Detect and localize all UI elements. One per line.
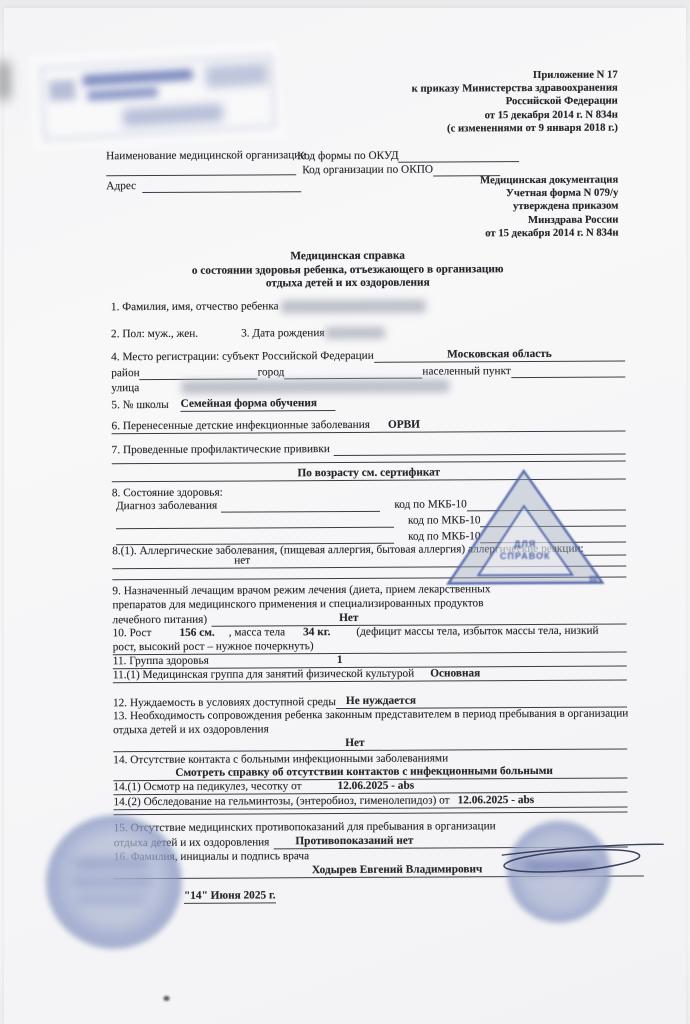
field-6-row: 6. Перенесенные детские инфекционные заб… xyxy=(111,417,625,435)
org-name-blank-row xyxy=(106,160,296,176)
field-1-label: 1. Фамилия, имя, отчество ребенка xyxy=(111,299,279,314)
scanned-medical-certificate: Приложение N 17 к приказу Министерства з… xyxy=(0,0,690,1024)
diagnosis-line xyxy=(116,513,394,529)
stamp-text-smudge xyxy=(76,895,146,903)
triangle-mark xyxy=(589,576,597,582)
appendix-line: (с изменениями от 9 января 2018 г.) xyxy=(412,121,618,135)
field-4-sub-row: район город населенный пункт xyxy=(111,363,625,381)
appendix-line: Приложение N 17 xyxy=(412,69,618,83)
settlement-label: населенный пункт xyxy=(422,364,511,378)
street-label: улица xyxy=(111,381,139,395)
field-6-line-gap xyxy=(370,418,388,433)
scan-edge-smudge xyxy=(0,62,10,100)
appendix-block: Приложение N 17 к приказу Министерства з… xyxy=(412,69,618,136)
mass-value: 34 кг. xyxy=(303,625,330,639)
field-4-line: Московская область xyxy=(374,347,625,363)
signature-loop xyxy=(503,846,640,876)
field-11-1-line xyxy=(480,666,627,682)
field-13-text: 13. Необходимость сопровождения ребенка … xyxy=(113,707,628,724)
street-row: улица xyxy=(111,381,139,395)
address-blank-line xyxy=(142,177,301,193)
doc-info-block: Медицинская документация Учетная форма N… xyxy=(480,174,618,241)
stamp-text-smudge xyxy=(74,859,149,868)
field-11-1-line-gap xyxy=(414,667,430,682)
height-value: 156 см. xyxy=(179,626,214,640)
appendix-line: к приказу Министерства здравоохранения xyxy=(412,82,618,96)
blank-rule-row xyxy=(113,798,627,816)
field-14-1-line xyxy=(414,778,627,794)
org-name-blank-line xyxy=(106,160,296,176)
field-4-row: 4. Место регистрации: субъект Российской… xyxy=(111,347,625,365)
doc-info-line: утверждена приказом xyxy=(480,200,618,214)
field-13-line xyxy=(365,735,628,751)
appendix-line: от 15 декабря 2014 г. N 834н xyxy=(412,108,618,122)
field-14-1-gap xyxy=(302,779,338,794)
doc-info-line: от 15 декабря 2014 г. N 834н xyxy=(480,226,618,240)
round-stamp-left xyxy=(46,815,183,950)
field-5-value: Семейная форма обучения xyxy=(181,396,335,412)
scan-speck xyxy=(164,996,170,1001)
field-5-label: 5. № школы xyxy=(111,398,168,412)
city-blank-line xyxy=(284,364,422,380)
field-11-1-row: 11.(1) Медицинская группа для занятий фи… xyxy=(113,666,627,684)
date-value: "14" Июня 2025 г. xyxy=(184,888,276,903)
field-13-value-row: Нет xyxy=(113,735,627,753)
field-7-value: По возрасту см. сертификат xyxy=(297,467,440,480)
blank-rule xyxy=(112,447,626,465)
doc-info-line: Минздрава России xyxy=(480,213,618,227)
address-row: Адрес xyxy=(106,177,301,193)
field-13-text: отдыха детей и их оздоровления xyxy=(113,722,269,737)
stamp-emblem xyxy=(49,80,76,101)
triangle-stamp: ДЛЯ СПРАВОК xyxy=(441,466,612,595)
redacted-child-name xyxy=(281,300,426,314)
diagnosis-label: Диагноз заболевания xyxy=(116,499,217,514)
field-9-value: Нет xyxy=(339,611,358,626)
field-12-line-gap xyxy=(336,694,346,709)
field-15-value: Противопоказаний нет xyxy=(295,834,413,850)
triangle-stamp-text: ДЛЯ xyxy=(514,539,536,549)
paper-sheet: Приложение N 17 к приказу Министерства з… xyxy=(4,8,686,1024)
field-2-label: 2. Пол: муж., жен. xyxy=(111,327,198,341)
field-15-gap xyxy=(273,834,295,849)
date-row: "14" Июня 2025 г. xyxy=(184,888,276,903)
field-6-line xyxy=(420,417,626,433)
redacted-street xyxy=(181,379,449,393)
okud-blank-line xyxy=(399,147,520,163)
city-label: город xyxy=(258,365,285,379)
field-3-label: 3. Дата рождения xyxy=(241,326,325,340)
field-13-line xyxy=(113,736,345,752)
form-title-line: отдыха детей и их оздоровления xyxy=(3,275,690,292)
field-1-row: 1. Фамилия, имя, отчество ребенка xyxy=(111,299,279,314)
field-4-region-value: Московская область xyxy=(447,348,552,361)
field-14-1-label: 14.(1) Осмотр на педикулез, чесотку от xyxy=(113,779,301,795)
field-10-label: 10. Рост xyxy=(113,626,152,640)
field-6-label: 6. Перенесенные детские инфекционные заб… xyxy=(111,418,369,434)
field-14-line xyxy=(113,766,175,781)
doctor-signature xyxy=(492,834,672,883)
field-13-value: Нет xyxy=(345,736,364,751)
rect-stamp-blurred xyxy=(29,42,284,151)
field-5-row: 5. № школы Семейная форма обучения xyxy=(111,396,335,412)
field-4-label: 4. Место регистрации: субъект Российской… xyxy=(111,349,374,364)
settlement-blank-line xyxy=(511,363,625,379)
field-14-1-value: 12.06.2025 - abs xyxy=(338,779,415,794)
appendix-line: Российской Федерации xyxy=(412,95,618,109)
okpo-label: Код организации по ОКПО xyxy=(302,163,433,178)
district-label: район xyxy=(111,366,139,380)
mass-label: , масса тела xyxy=(229,625,285,639)
stamp-text-smudge xyxy=(70,877,152,886)
blank-rule-row xyxy=(112,447,626,465)
form-title: Медицинская справка о состоянии здоровья… xyxy=(3,248,690,292)
redacted-birth-date xyxy=(325,327,385,339)
stamp-text-bar xyxy=(205,63,268,89)
doctor-name: Ходырев Евгений Владимирович xyxy=(312,862,483,878)
field-2-row: 2. Пол: муж., жен. 3. Дата рождения xyxy=(111,326,325,341)
blank-rule xyxy=(113,798,627,816)
district-blank-line xyxy=(140,364,258,380)
triangle-stamp-text: СПРАВОК xyxy=(500,551,551,561)
field-13-line1: 13. Необходимость сопровождения ребенка … xyxy=(113,707,628,724)
okpo-row: Код организации по ОКПО xyxy=(302,161,500,177)
field-6-value: ОРВИ xyxy=(388,418,420,433)
doc-info-line: Медицинская документация xyxy=(480,174,618,188)
field-11-1-value: Основная xyxy=(430,666,480,681)
form-content: Приложение N 17 к приказу Министерства з… xyxy=(1,6,688,1024)
doc-info-line: Учетная форма N 079/у xyxy=(480,187,618,201)
field-13-line2: отдыха детей и их оздоровления xyxy=(113,722,269,737)
diagnosis-line xyxy=(221,497,380,513)
address-label: Адрес xyxy=(106,179,136,193)
field-11-1-label: 11.(1) Медицинская группа для занятий фи… xyxy=(113,667,414,684)
field-10-note1: (дефицит массы тела, избыток массы тела,… xyxy=(356,624,598,639)
